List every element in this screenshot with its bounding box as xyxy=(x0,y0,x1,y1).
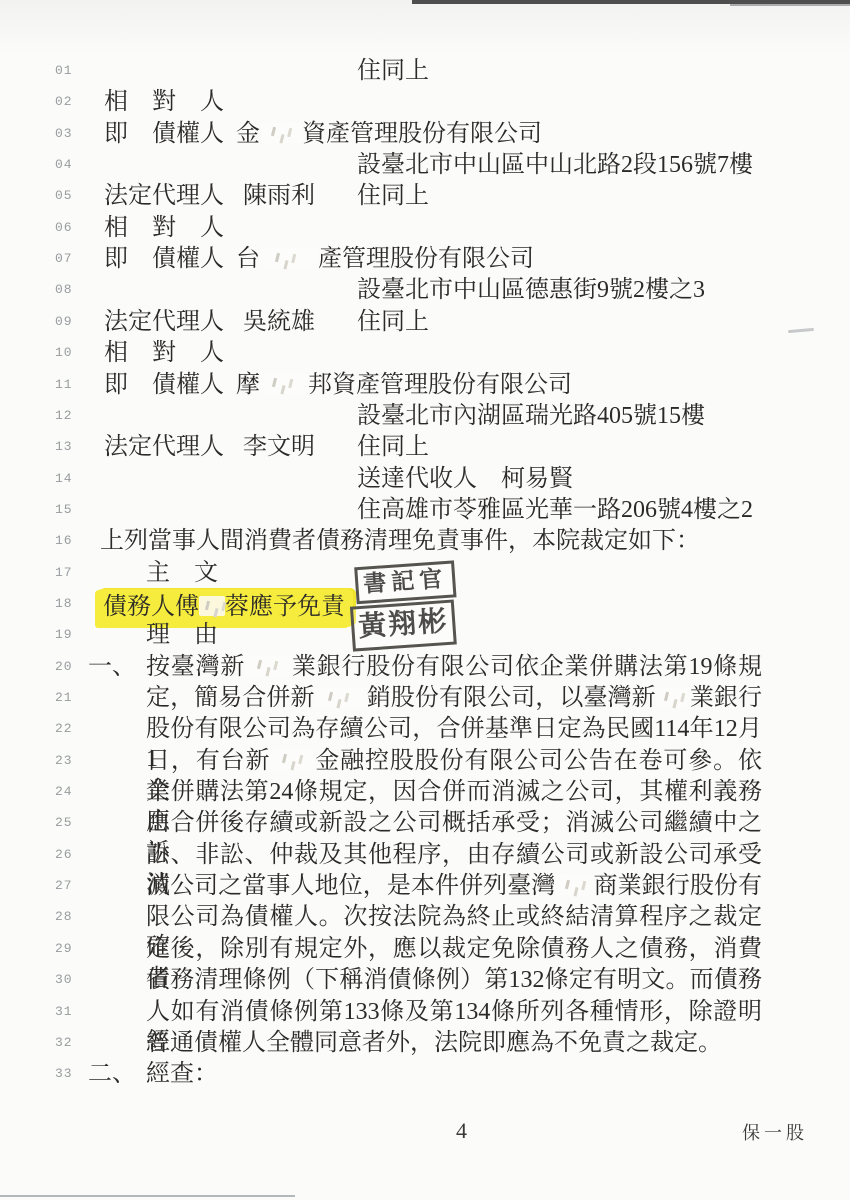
document-line: 26訟、非訟、仲裁及其他程序，由存續公司或新設公司承受消 xyxy=(0,840,850,871)
line-text: 業銀行股份有限公司依企業併購法第19條規 xyxy=(291,654,762,680)
line-text: 銷股份有限公司，以臺灣新 xyxy=(367,685,656,711)
line-text: 法定代理人 xyxy=(104,307,224,337)
line-text: 李文明 xyxy=(243,432,315,462)
line-number: 11 xyxy=(55,377,73,392)
line-text-group: 債務清理條例（下稱消債條例）第132條定有明文。而債務 xyxy=(146,965,762,995)
line-text: 相 對 人 xyxy=(104,213,224,243)
line-text: 理 由 xyxy=(146,620,218,650)
document-line: 25由合併後存續或新設之公司概括承受；消滅公司繼續中之訴 xyxy=(0,808,850,839)
document-line: 24業併購法第24條規定，因合併而消滅之公司，其權利義務應 xyxy=(0,777,850,808)
line-text: 主 文 xyxy=(146,558,218,588)
document-line: 33二、經查： xyxy=(0,1059,850,1090)
line-text: 設臺北市中山區中山北路2段156號7樓 xyxy=(357,150,753,180)
document-line: 15住高雄市苓雅區光華一路206號4樓之2 xyxy=(0,495,850,526)
line-text: 按臺灣新 xyxy=(146,654,245,680)
line-number: 09 xyxy=(55,314,73,329)
line-text: 送達代收人 柯易賢 xyxy=(357,464,573,494)
document-line: 01住同上 xyxy=(0,56,850,87)
line-text: 金 xyxy=(236,121,260,147)
document-line: 21定，簡易合併新銷股份有限公司，以臺灣新業銀行 xyxy=(0,683,850,714)
redaction-mark xyxy=(260,374,308,394)
line-number: 02 xyxy=(55,94,73,109)
line-number: 05 xyxy=(55,188,73,203)
line-number: 01 xyxy=(55,63,73,78)
line-number: 17 xyxy=(55,565,73,580)
document-line: 04設臺北市中山區中山北路2段156號7樓 xyxy=(0,150,850,181)
line-text-group: 按臺灣新業銀行股份有限公司依企業併購法第19條規 xyxy=(146,652,762,682)
line-text: 設臺北市內湖區瑞光路405號15樓 xyxy=(357,401,705,431)
line-text: 債務清理條例（下稱消債條例）第132條定有明文。而債務 xyxy=(146,967,762,993)
line-number: 12 xyxy=(55,408,73,423)
line-number: 10 xyxy=(55,345,73,360)
line-text: 蓉應予免責 xyxy=(225,594,345,620)
line-text: 即 債權人 xyxy=(104,119,224,149)
document-line: 22股份有限公司為存續公司，合併基準日定為民國114年12月1 xyxy=(0,714,850,745)
line-number: 03 xyxy=(55,126,73,141)
document-line: 05法定代理人陳雨利住同上 xyxy=(0,181,850,212)
page-number: 4 xyxy=(456,1118,467,1144)
line-text-group: 台產管理股份有限公司 xyxy=(236,244,534,274)
line-number: 30 xyxy=(55,972,73,987)
line-number: 06 xyxy=(55,220,73,235)
line-text: 法定代理人 xyxy=(104,181,224,211)
line-number: 24 xyxy=(55,784,73,799)
line-text: 相 對 人 xyxy=(104,338,224,368)
document-line: 27滅公司之當事人地位，是本件併列臺灣商業銀行股份有 xyxy=(0,871,850,902)
line-number: 15 xyxy=(55,502,73,517)
line-number: 07 xyxy=(55,251,73,266)
line-text: 業銀行 xyxy=(690,685,762,711)
line-text: 定，簡易合併新 xyxy=(146,685,315,711)
line-number: 33 xyxy=(55,1066,73,1081)
line-text: 即 債權人 xyxy=(104,244,224,274)
scanned-court-document: 01住同上02相 對 人03即 債權人金資產管理股份有限公司04設臺北市中山區中… xyxy=(0,0,850,1200)
line-number: 27 xyxy=(55,878,73,893)
line-text: 摩 xyxy=(236,372,260,398)
document-line: 23日，有台新金融控股股份有限公司公告在卷可參。依企 xyxy=(0,746,850,777)
line-number: 21 xyxy=(55,690,73,705)
line-text: 法定代理人 xyxy=(104,432,224,462)
line-text: 日，有台新 xyxy=(146,748,270,774)
line-text-group: 摩邦資產管理股份有限公司 xyxy=(236,370,572,400)
document-line: 20一、按臺灣新業銀行股份有限公司依企業併購法第19條規 xyxy=(0,652,850,683)
line-number: 16 xyxy=(55,533,73,548)
document-line: 06相 對 人 xyxy=(0,213,850,244)
line-text: 滅公司之當事人地位，是本件併列臺灣 xyxy=(146,873,555,899)
document-line: 02相 對 人 xyxy=(0,87,850,118)
line-text: 設臺北市中山區德惠街9號2樓之3 xyxy=(357,275,705,305)
line-number: 29 xyxy=(55,941,73,956)
redaction-mark xyxy=(555,875,593,895)
document-line: 31人如有消債條例第133條及第134條所列各種情形，除證明經 xyxy=(0,997,850,1028)
line-text: 商業銀行股份有 xyxy=(593,873,762,899)
document-line: 30債務清理條例（下稱消債條例）第132條定有明文。而債務 xyxy=(0,965,850,996)
document-line: 29定後，除別有規定外，應以裁定免除債務人之債務，消費者 xyxy=(0,934,850,965)
line-text: 二、 xyxy=(88,1059,136,1089)
line-number: 25 xyxy=(55,815,73,830)
clerk-stamp: 書記官 黃翔彬 xyxy=(347,560,460,651)
document-line: 09法定代理人吳統雄住同上 xyxy=(0,307,850,338)
redaction-mark xyxy=(199,596,225,616)
document-line: 08設臺北市中山區德惠街9號2樓之3 xyxy=(0,275,850,306)
line-number: 08 xyxy=(55,282,73,297)
redaction-mark xyxy=(260,123,302,143)
line-text: 住同上 xyxy=(357,307,429,337)
line-text-group: 滅公司之當事人地位，是本件併列臺灣商業銀行股份有 xyxy=(146,871,762,901)
line-text: 上列當事人間消費者債務清理免責事件，本院裁定如下： xyxy=(100,526,700,556)
line-number: 28 xyxy=(55,909,73,924)
redaction-mark xyxy=(270,750,314,770)
line-number: 26 xyxy=(55,847,73,862)
document-line: 12設臺北市內湖區瑞光路405號15樓 xyxy=(0,401,850,432)
document-line: 28限公司為債權人。次按法院為終止或終結清算程序之裁定確 xyxy=(0,902,850,933)
line-text: 住同上 xyxy=(357,432,429,462)
document-line: 11即 債權人摩邦資產管理股份有限公司 xyxy=(0,370,850,401)
line-text: 台 xyxy=(236,246,260,272)
line-number: 23 xyxy=(55,753,73,768)
line-number: 22 xyxy=(55,721,73,736)
redaction-mark xyxy=(315,687,367,707)
line-text-group: 金資產管理股份有限公司 xyxy=(236,119,542,149)
line-text: 住高雄市苓雅區光華一路206號4樓之2 xyxy=(357,495,753,525)
line-text: 住同上 xyxy=(357,181,429,211)
document-line: 16上列當事人間消費者債務清理免責事件，本院裁定如下： xyxy=(0,526,850,557)
line-text: 經查： xyxy=(146,1059,218,1089)
document-line: 10相 對 人 xyxy=(0,338,850,369)
document-line: 13法定代理人李文明住同上 xyxy=(0,432,850,463)
line-text: 住同上 xyxy=(357,56,429,86)
line-text: 產管理股份有限公司 xyxy=(318,246,534,272)
line-number: 18 xyxy=(55,596,73,611)
document-line: 03即 債權人金資產管理股份有限公司 xyxy=(0,119,850,150)
line-text-group: 普通債權人全體同意者外，法院即應為不免責之裁定。 xyxy=(146,1028,762,1058)
line-number: 32 xyxy=(55,1035,73,1050)
line-number: 31 xyxy=(55,1004,73,1019)
line-text: 普通債權人全體同意者外，法院即應為不免責之裁定。 xyxy=(146,1030,722,1056)
line-text: 即 債權人 xyxy=(104,370,224,400)
line-text: 陳雨利 xyxy=(243,181,315,211)
line-number: 13 xyxy=(55,439,73,454)
line-text: 相 對 人 xyxy=(104,87,224,117)
section-label: 保一股 xyxy=(742,1119,808,1145)
line-number: 19 xyxy=(55,627,73,642)
line-text: 一、 xyxy=(88,652,136,682)
line-number: 14 xyxy=(55,471,73,486)
line-number: 20 xyxy=(55,659,73,674)
redaction-mark xyxy=(656,687,690,707)
document-line: 07即 債權人台產管理股份有限公司 xyxy=(0,244,850,275)
line-text-group: 定，簡易合併新銷股份有限公司，以臺灣新業銀行 xyxy=(146,683,762,713)
redaction-mark xyxy=(260,248,318,268)
line-number: 04 xyxy=(55,157,73,172)
document-line: 14送達代收人 柯易賢 xyxy=(0,464,850,495)
stamp-name: 黃翔彬 xyxy=(350,599,457,651)
line-text: 資產管理股份有限公司 xyxy=(302,121,542,147)
line-text: 吳統雄 xyxy=(243,307,315,337)
redaction-mark xyxy=(245,656,291,676)
line-text: 邦資產管理股份有限公司 xyxy=(308,372,572,398)
document-line: 32普通債權人全體同意者外，法院即應為不免責之裁定。 xyxy=(0,1028,850,1059)
line-text: 債務人傅 xyxy=(103,594,199,620)
